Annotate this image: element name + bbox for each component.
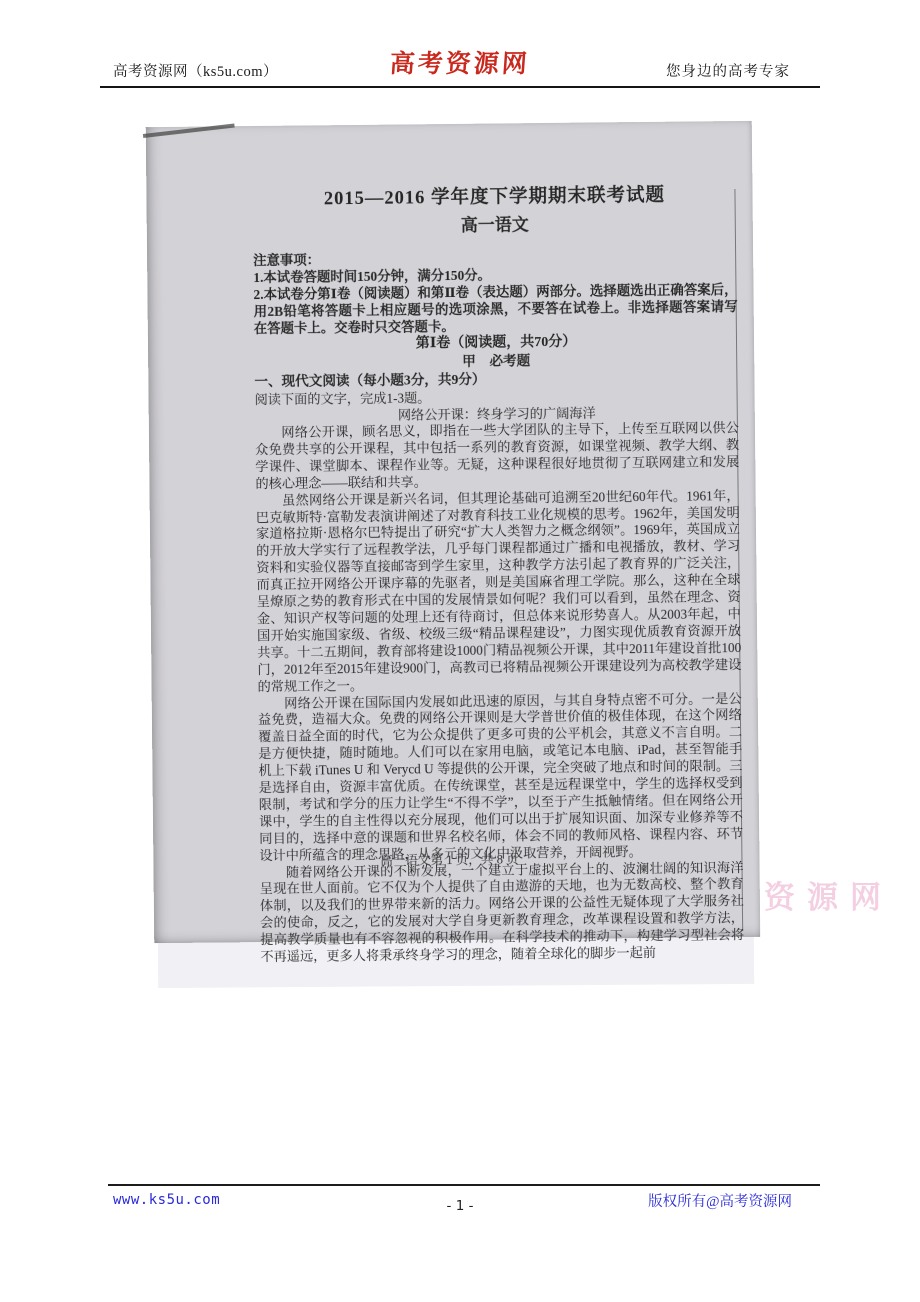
exam-subtitle: 高一语文 [253, 212, 737, 239]
footer-divider [108, 1184, 820, 1186]
passage-body: 网络公开课，顾名思义，即指在一些大学团队的主导下，上传至互联网以供公众免费共享的… [255, 420, 745, 966]
site-tagline-text: 您身边的高考专家 [666, 60, 790, 81]
footer-copyright-link[interactable]: 版权所有@高考资源网 [648, 1190, 792, 1211]
notice-item: 2.本试卷分第Ⅰ卷（阅读题）和第Ⅱ卷（表达题）两部分。选择题选出正确答案后，用2… [253, 281, 738, 337]
notice-block: 注意事项： 1.本试卷答题时间150分钟，满分150分。 2.本试卷分第Ⅰ卷（阅… [253, 247, 738, 337]
passage-paragraph: 随着网络公开课的不断发展，一个建立于虚拟平台上的、波澜壮阔的知识海洋呈现在世人面… [259, 860, 744, 967]
scan-corner-shadow [143, 123, 235, 138]
scanned-exam-page: 2015—2016 学年度下学期期末联考试题 高一语文 注意事项： 1.本试卷答… [146, 121, 761, 943]
header-divider [100, 86, 820, 88]
watermark-text: 资源网 [764, 872, 893, 917]
passage-paragraph: 网络公开课在国际国内发展如此迅速的原因，与其自身特点密不可分。一是公益免费，造福… [258, 690, 744, 864]
passage-paragraph: 网络公开课，顾名思义，即指在一些大学团队的主导下，上传至互联网以供公众免费共享的… [255, 420, 740, 493]
exam-title: 2015—2016 学年度下学期期末联考试题 [252, 183, 736, 212]
passage-paragraph: 虽然网络公开课是新兴名词，但其理论基础可追溯至20世纪60年代。1961年，巴克… [256, 488, 742, 696]
